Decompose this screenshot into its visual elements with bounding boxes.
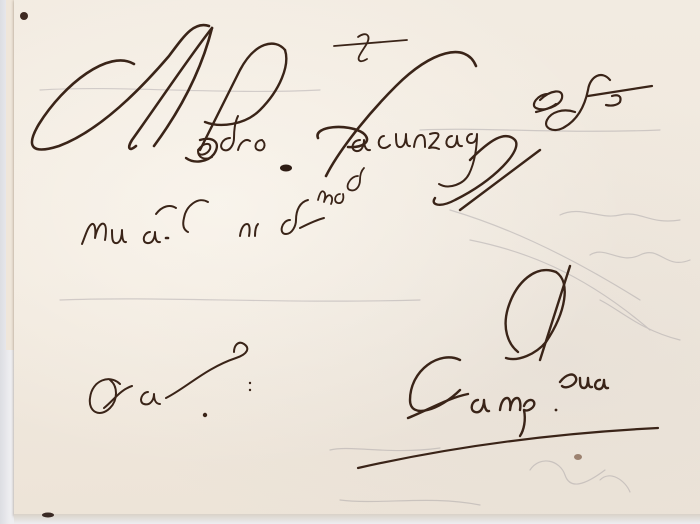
- ink-blot: [20, 12, 28, 20]
- word-de-ats: [534, 75, 652, 130]
- ink-dot: [555, 409, 558, 412]
- word-acunza: [353, 133, 477, 186]
- ink-dot: [203, 413, 207, 417]
- ink-blot: [574, 454, 582, 460]
- ink-dot: [249, 382, 251, 384]
- superscript-nol: [318, 168, 364, 204]
- ink-blot: [42, 513, 54, 518]
- word-dad: [90, 343, 247, 413]
- flourish-D2: [506, 266, 570, 360]
- word-lampa: [408, 357, 608, 436]
- handwriting-layer: [0, 0, 700, 524]
- flourish-A: [32, 25, 212, 149]
- ink-dot: [249, 389, 251, 391]
- line-2: [82, 200, 324, 244]
- bleed-through-writing: [40, 89, 690, 505]
- flourish-L: [318, 52, 476, 176]
- ink-blot: [280, 165, 292, 172]
- rate-mark: [334, 34, 407, 61]
- underline-stroke: [358, 428, 658, 468]
